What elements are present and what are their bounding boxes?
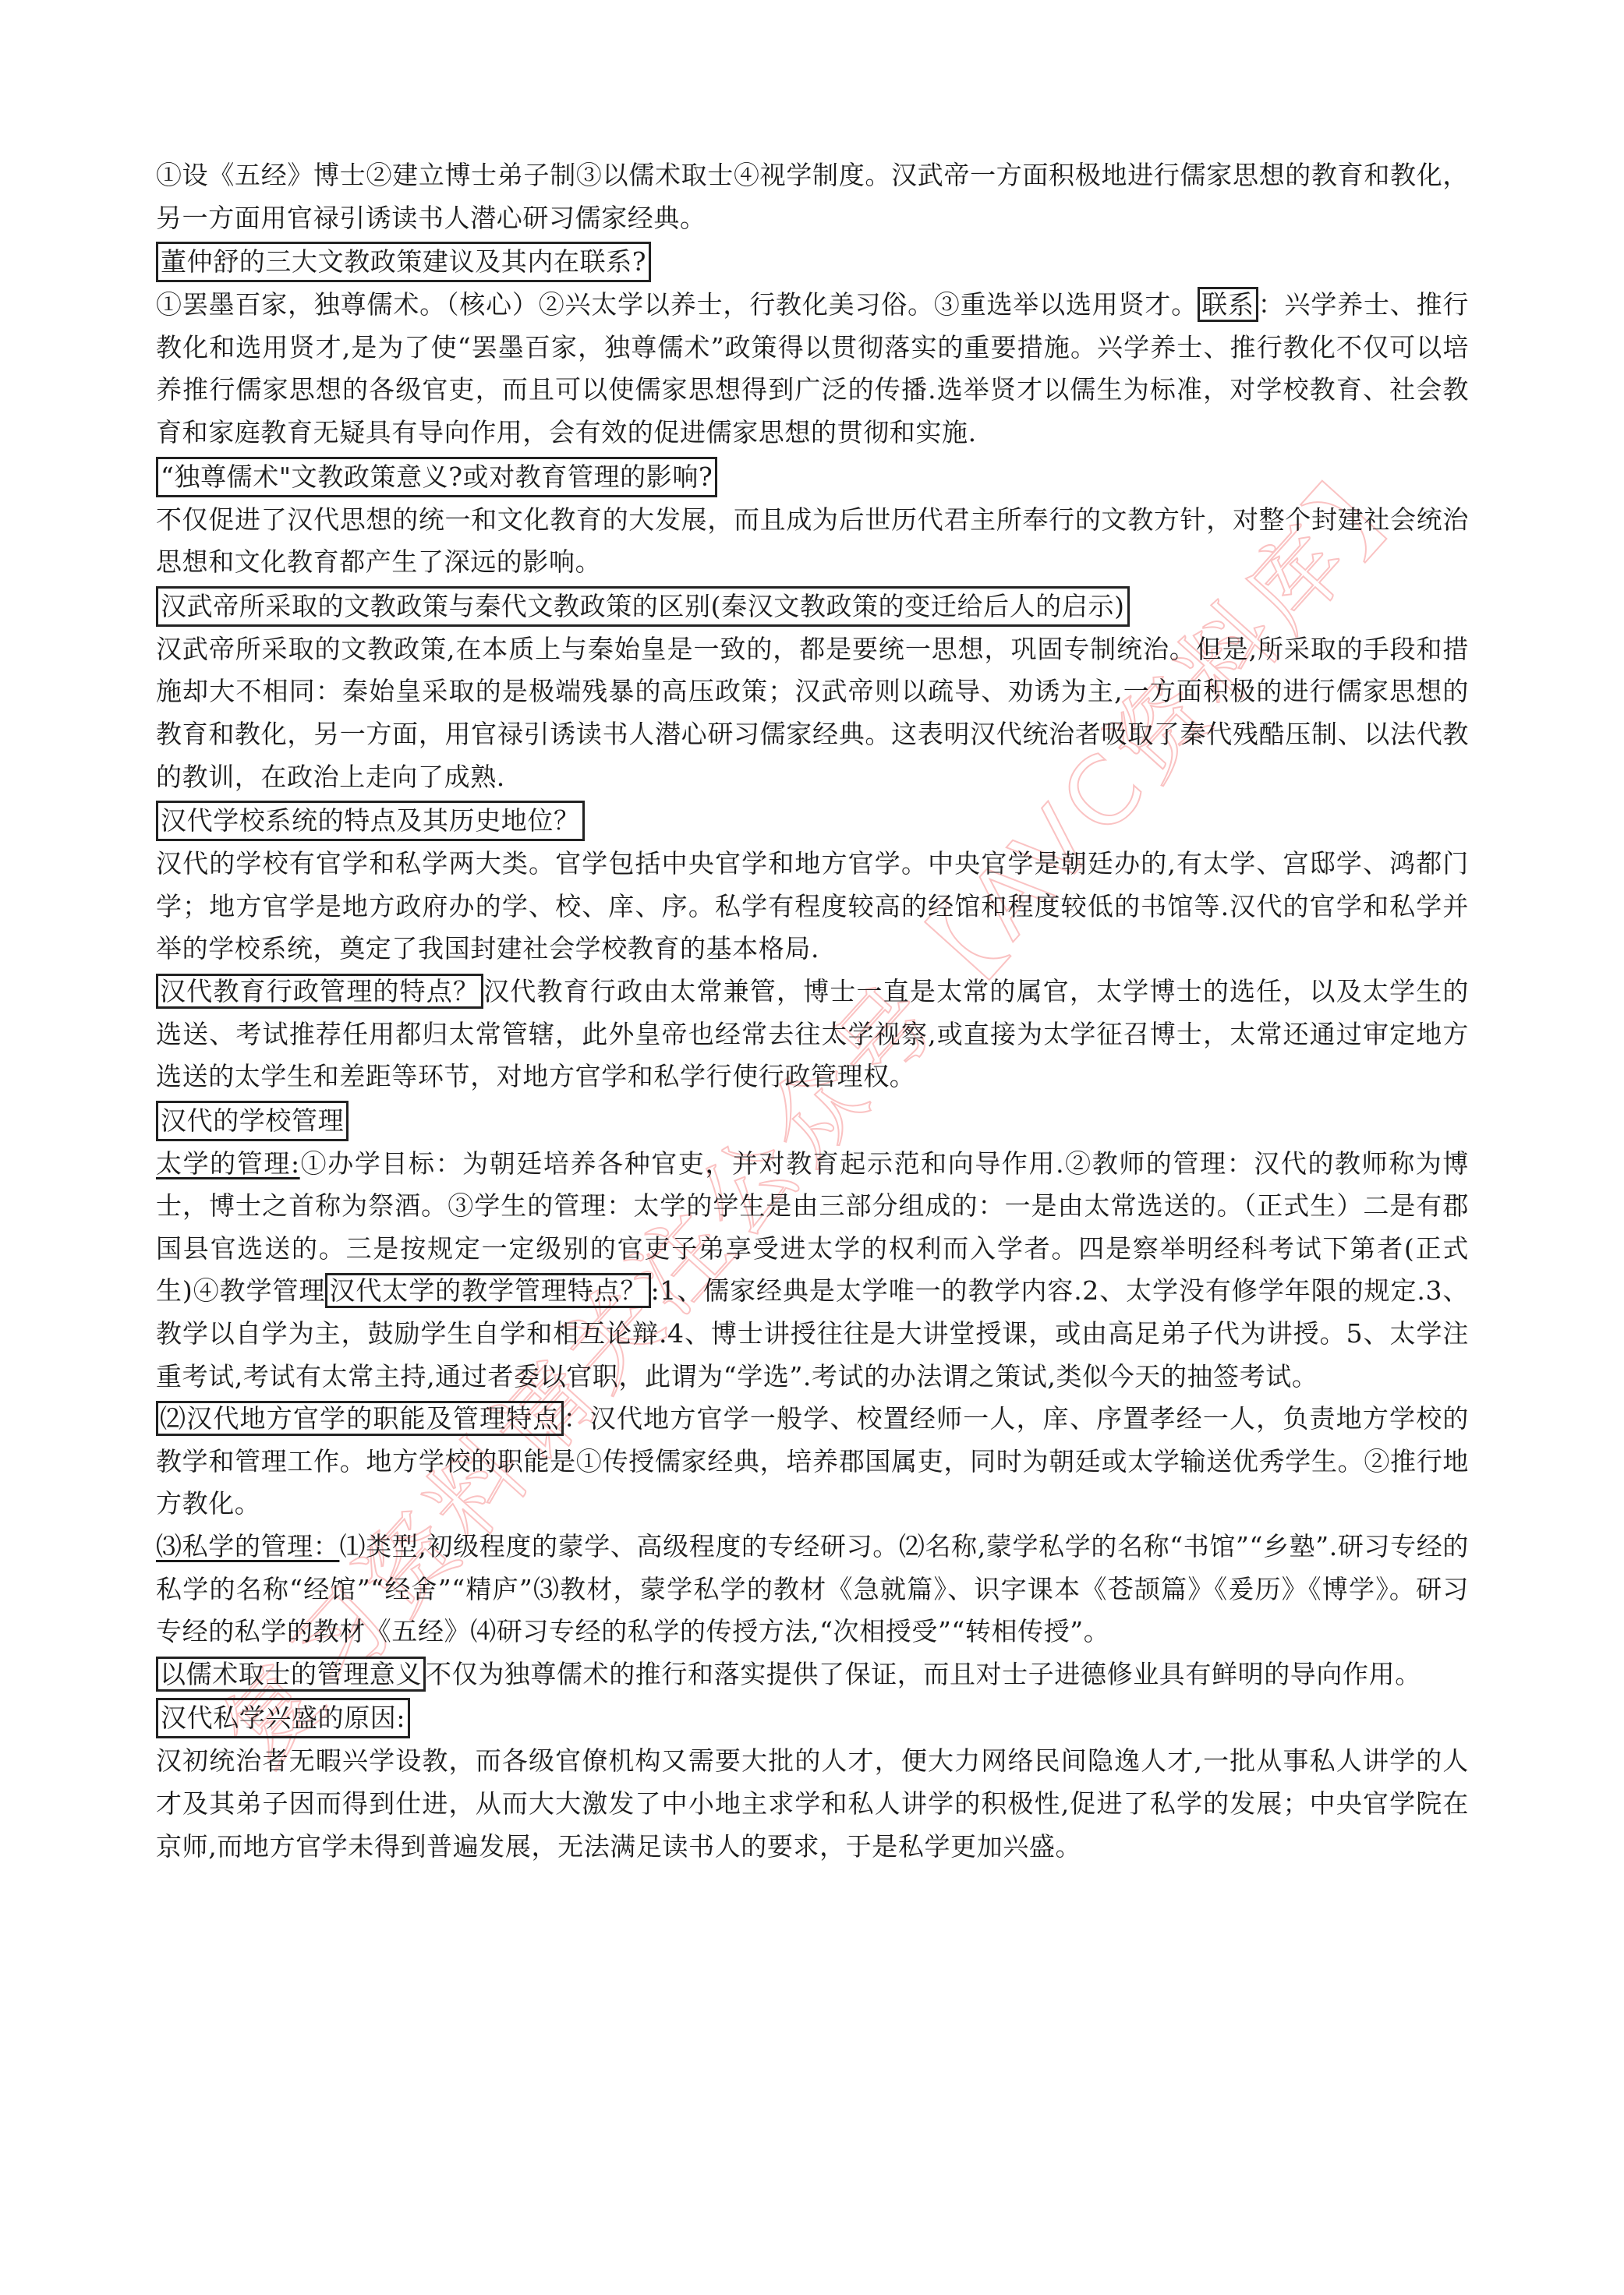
heading-school-system: 汉代学校系统的特点及其历史地位？ xyxy=(156,801,585,841)
paragraph-confucian-selection: 以儒术取士的管理意义不仅为独尊儒术的推行和落实提供了保证，而且对士子进德修业具有… xyxy=(156,1653,1469,1696)
paragraph-school-system: 汉代的学校有官学和私学两大类。官学包括中央官学和地方官学。中央官学是朝廷办的,有… xyxy=(156,843,1469,971)
paragraph-han-qin-difference: 汉武帝所采取的文教政策,在本质上与秦始皇是一致的，都是要统一思想，巩固专制统治。… xyxy=(156,628,1469,798)
heading-administration: 汉代教育行政管理的特点？ xyxy=(156,974,483,1009)
text: ①罢墨百家，独尊儒术。（核心）②兴太学以养士，行教化美习俗。③重选举以选用贤才。 xyxy=(156,289,1198,320)
paragraph-dong-zhongshu: ①罢墨百家，独尊儒术。（核心）②兴太学以养士，行教化美习俗。③重选举以选用贤才。… xyxy=(156,284,1469,454)
heading-taixue-teaching: 汉代太学的教学管理特点？ xyxy=(325,1273,650,1308)
label-taixue-management: 太学的管理: xyxy=(156,1148,300,1179)
paragraph-local-schools: ⑵汉代地方官学的职能及管理特点：汉代地方官学一般学、校置经师一人，庠、序置孝经一… xyxy=(156,1398,1469,1526)
document-page: ①设《五经》博士②建立博士弟子制③以儒术取士④视学制度。汉武帝一方面积极地进行儒… xyxy=(156,154,1469,1868)
text: 不仅为独尊儒术的推行和落实提供了保证，而且对士子进德修业具有鲜明的导向作用。 xyxy=(426,1659,1421,1689)
heading-confucian-selection: 以儒术取士的管理意义 xyxy=(156,1657,426,1692)
paragraph-administration: 汉代教育行政管理的特点？汉代教育行政由太常兼管，博士一直是太常的属官，太学博士的… xyxy=(156,971,1469,1098)
heading-confucianism-significance: “独尊儒术"文教政策意义?或对教育管理的影响? xyxy=(156,457,717,497)
label-connection: 联系 xyxy=(1198,287,1258,322)
text: ⑴类型,初级程度的蒙学、高级程度的专经研习。⑵名称,蒙学私学的名称“书馆”“乡塾… xyxy=(156,1531,1469,1646)
paragraph-wujing-policies: ①设《五经》博士②建立博士弟子制③以儒术取士④视学制度。汉武帝一方面积极地进行儒… xyxy=(156,154,1469,239)
heading-dong-zhongshu: 董仲舒的三大文教政策建议及其内在联系? xyxy=(156,242,651,282)
heading-school-management: 汉代的学校管理 xyxy=(156,1101,349,1141)
paragraph-taixue-management: 太学的管理:①办学目标：为朝廷培养各种官吏，并对教育起示范和向导作用.②教师的管… xyxy=(156,1143,1469,1399)
heading-private-school-rise: 汉代私学兴盛的原因: xyxy=(156,1698,410,1738)
heading-local-schools: ⑵汉代地方官学的职能及管理特点 xyxy=(156,1401,564,1436)
paragraph-private-schools: ⑶私学的管理：⑴类型,初级程度的蒙学、高级程度的专经研习。⑵名称,蒙学私学的名称… xyxy=(156,1526,1469,1653)
label-private-schools: ⑶私学的管理： xyxy=(156,1531,339,1561)
paragraph-confucianism-significance: 不仅促进了汉代思想的统一和文化教育的大发展，而且成为后世历代君主所奉行的文教方针… xyxy=(156,499,1469,584)
paragraph-private-school-rise: 汉初统治者无暇兴学设教，而各级官僚机构又需要大批的人才，便大力网络民间隐逸人才,… xyxy=(156,1740,1469,1868)
heading-han-qin-difference: 汉武帝所采取的文教政策与秦代文教政策的区别(秦汉文教政策的变迁给后人的启示) xyxy=(156,586,1130,627)
